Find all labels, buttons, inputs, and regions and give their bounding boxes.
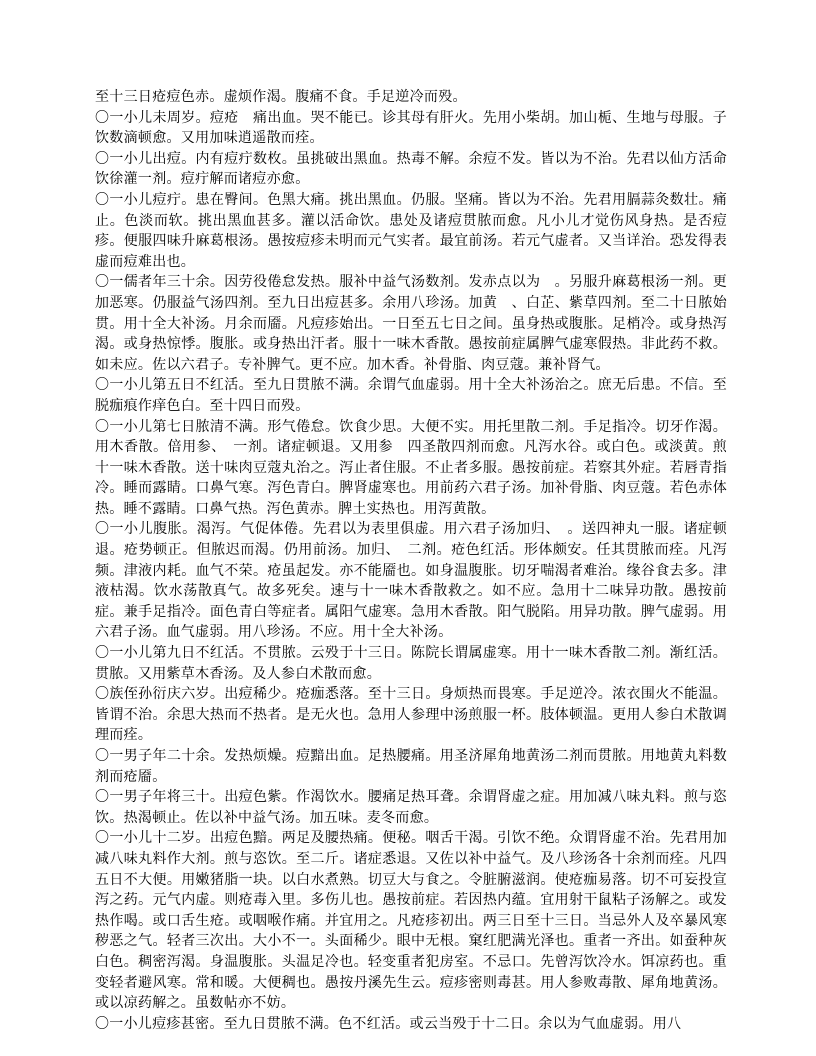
- case-paragraph: 〇一小儿第七日脓清不满。形气倦怠。饮食少思。大便不实。用托里散二剂。手足指冷。切…: [95, 418, 727, 521]
- document-page: 至十三日疮痘色赤。虚烦作渴。腹痛不食。手足逆冷而殁。〇一小儿未周岁。痘疮 痛出血…: [0, 0, 816, 1056]
- case-paragraph: 〇一小儿未周岁。痘疮 痛出血。哭不能已。诊其母有肝火。先用小柴胡。加山栀、生地与…: [95, 109, 727, 150]
- case-paragraph: 〇族侄孙衍庆六岁。出痘稀少。疮痂悉落。至十三日。身烦热而畏寒。手足逆冷。浓衣围火…: [95, 685, 727, 747]
- case-paragraph: 〇一儒者年三十余。因劳役倦怠发热。服补中益气汤数剂。发赤点以为 。另服升麻葛根汤…: [95, 273, 727, 376]
- case-paragraph: 〇一小儿痘疹甚密。至九日贯脓不满。色不红活。或云当殁于十二日。余以为气血虚弱。用…: [95, 1015, 727, 1036]
- case-paragraph: 〇一男子年二十余。发热烦燥。痘黯出血。足热腰痛。用圣济犀角地黄汤二剂而贯脓。用地…: [95, 747, 727, 788]
- case-paragraph: 〇一小儿痘疔。患在臀间。色黑大痛。挑出黑血。仍服。坚痛。皆以为不治。先君用膈蒜灸…: [95, 191, 727, 273]
- case-paragraph: 〇一小儿十二岁。出痘色黯。两足及腰热痛。便秘。咽舌干渴。引饮不绝。众谓肾虚不治。…: [95, 829, 727, 1014]
- case-paragraph: 至十三日疮痘色赤。虚烦作渴。腹痛不食。手足逆冷而殁。: [95, 88, 727, 109]
- case-paragraph: 〇一小儿腹胀。渴泻。气促体倦。先君以为表里俱虚。用六君子汤加归、 。送四神丸一服…: [95, 520, 727, 644]
- case-paragraph: 〇一小儿第九日不红活。不贯脓。云殁于十三日。陈院长谓属虚寒。用十一味木香散二剂。…: [95, 644, 727, 685]
- case-paragraph: 〇一男子年将三十。出痘色紫。作渴饮水。腰痛足热耳聋。余谓肾虚之症。用加减八味丸料…: [95, 788, 727, 829]
- case-paragraph: 〇一小儿第五日不红活。至九日贯脓不满。余谓气血虚弱。用十全大补汤治之。庶无后患。…: [95, 376, 727, 417]
- case-paragraph: 〇一小儿出痘。内有痘疔数枚。虽挑破出黑血。热毒不解。余痘不发。皆以为不治。先君以…: [95, 150, 727, 191]
- document-text-body: 至十三日疮痘色赤。虚烦作渴。腹痛不食。手足逆冷而殁。〇一小儿未周岁。痘疮 痛出血…: [95, 88, 727, 1035]
